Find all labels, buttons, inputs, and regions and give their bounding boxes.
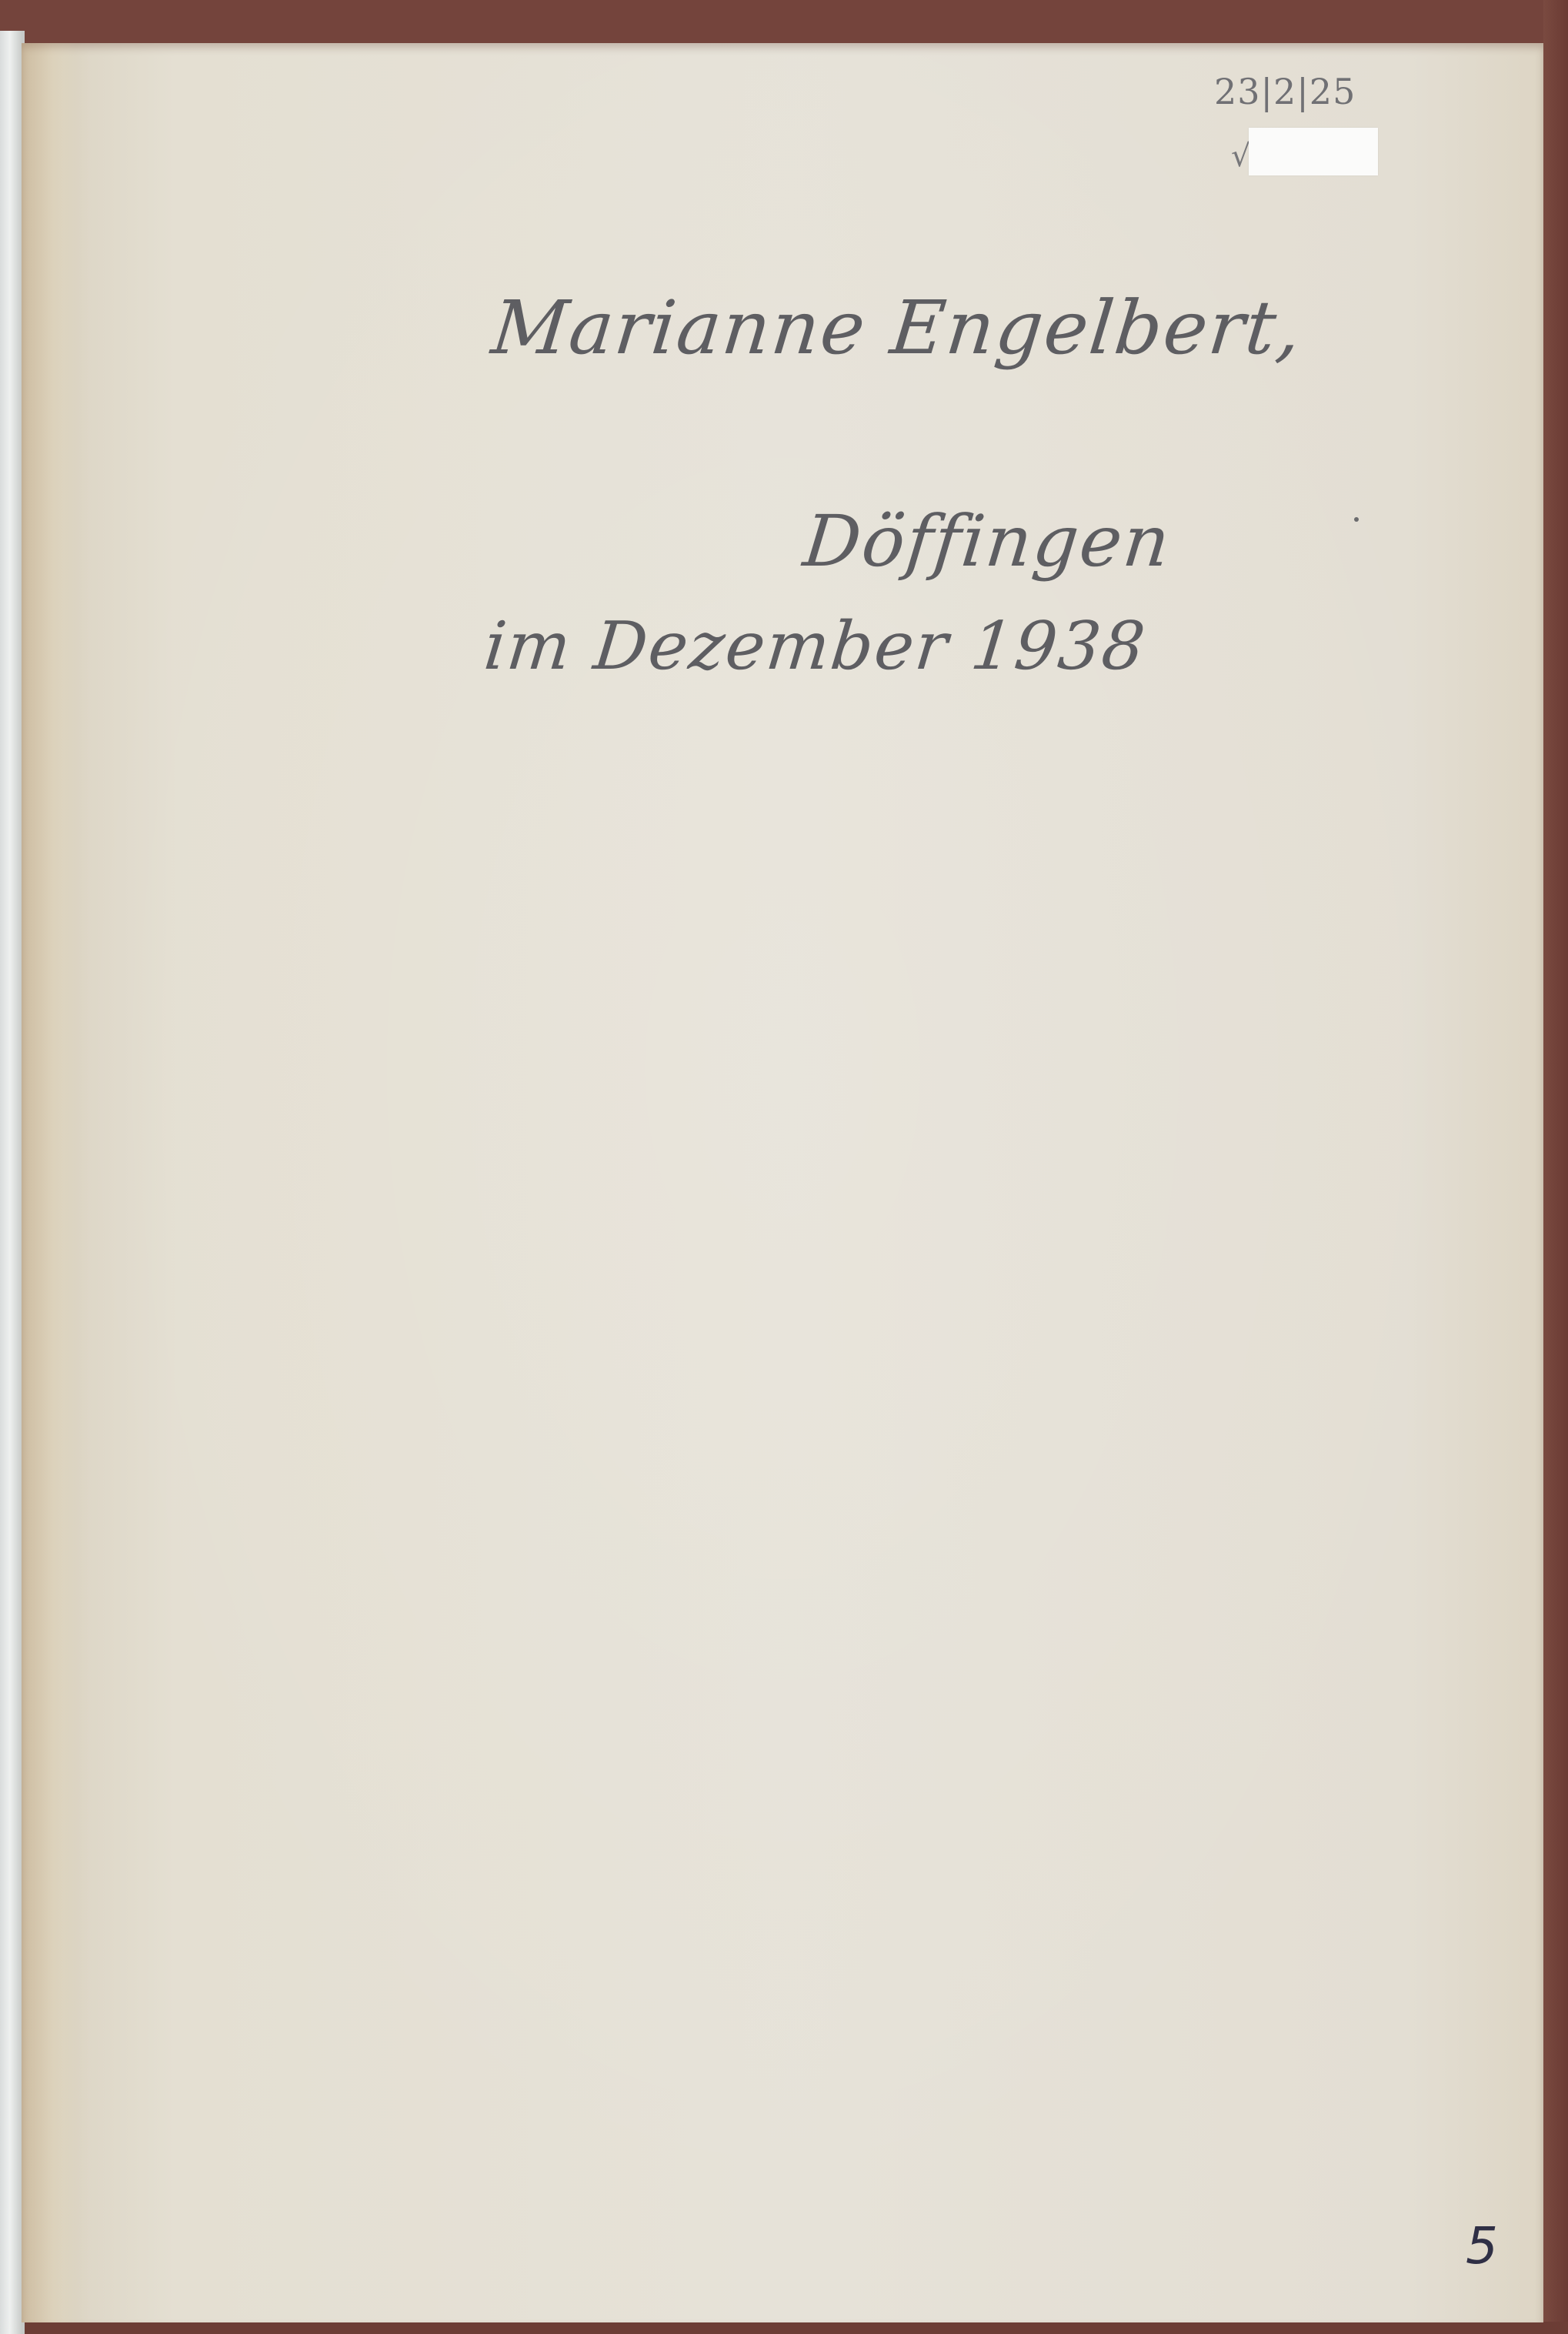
pencil-dot: [1354, 517, 1359, 522]
inscription-place: Döffingen: [799, 500, 1175, 583]
flyleaf-page: [22, 43, 1543, 2322]
gutter-shadow: [22, 43, 91, 2322]
redaction-box: [1249, 128, 1378, 175]
library-call-number: 23|2|25: [1214, 71, 1356, 112]
book-cover-top-edge: [0, 0, 1568, 45]
book-cover-bottom-edge: [0, 2322, 1568, 2334]
inscription-name: Marianne Engelbert,: [488, 285, 1306, 371]
book-cover-right-edge: [1543, 0, 1568, 2334]
inscription-date: im Dezember 1938: [481, 608, 1150, 685]
page-number: 5: [1466, 2216, 1498, 2276]
